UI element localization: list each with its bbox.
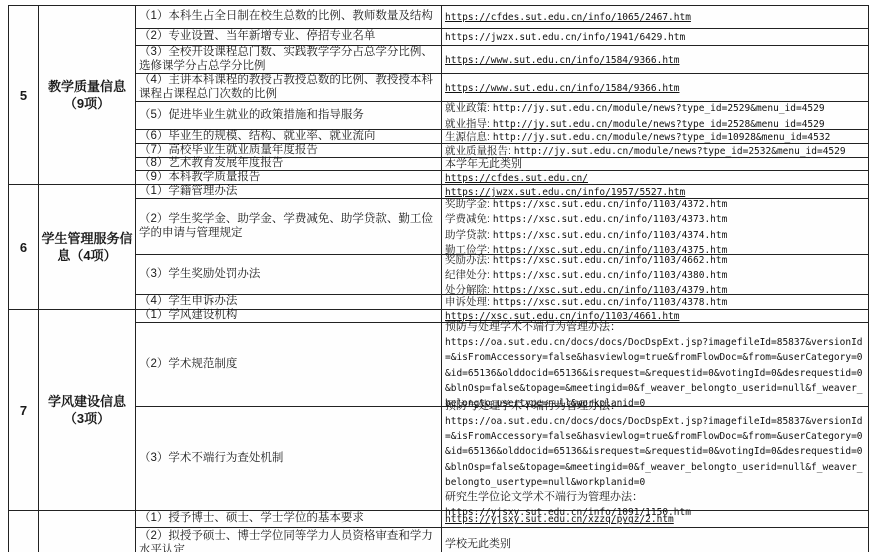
item-cell: （2）专业设置、当年新增专业、停招专业名单 bbox=[136, 29, 442, 45]
category-cell: 教学质量信息（9项） bbox=[39, 6, 136, 184]
section-row-group: 7学风建设信息（3项）（1）学风建设机构https://xsc.sut.edu.… bbox=[9, 310, 868, 511]
item-text: （1）本科生占全日制在校生总数的比例、教师数量及结构 bbox=[139, 10, 433, 24]
item-cell: （4）学生申诉办法 bbox=[136, 295, 442, 309]
url-link[interactable]: https://xsc.sut.edu.cn/info/1103/4380.ht… bbox=[493, 270, 728, 281]
url-label: 学费减免: bbox=[445, 213, 493, 225]
url-link[interactable]: https://xsc.sut.edu.cn/info/1103/4378.ht… bbox=[493, 297, 728, 308]
url-line: https://jwzx.sut.edu.cn/info/1941/6429.h… bbox=[445, 29, 866, 44]
item-cell: （5）促进毕业生就业的政策措施和指导服务 bbox=[136, 102, 442, 129]
plain-text: 预防与处理学术不端行为管理办法： bbox=[445, 321, 621, 333]
item-text: （7）高校毕业生就业质量年度报告 bbox=[139, 144, 318, 158]
section-rows: （1）学籍管理办法https://jwzx.sut.edu.cn/info/19… bbox=[136, 185, 868, 309]
url-line: https://yjsxy.sut.edu.cn/xzzq/pygz/2.htm bbox=[445, 511, 866, 526]
url-link[interactable]: https://www.sut.edu.cn/info/1584/9366.ht… bbox=[445, 55, 680, 66]
row-number-cell: 7 bbox=[9, 310, 39, 510]
url-cell: https://jwzx.sut.edu.cn/info/1941/6429.h… bbox=[442, 29, 868, 45]
url-link[interactable]: https://www.sut.edu.cn/info/1584/9366.ht… bbox=[445, 83, 680, 94]
url-label: 就业质量报告: bbox=[445, 145, 514, 157]
section-rows: （1）本科生占全日制在校生总数的比例、教师数量及结构https://cfdes.… bbox=[136, 6, 868, 184]
url-label: 申诉处理: bbox=[445, 296, 493, 308]
url-link[interactable]: http://jy.sut.edu.cn/module/news?type_id… bbox=[514, 146, 846, 157]
category-cell bbox=[39, 511, 136, 552]
url-cell: https://yjsxy.sut.edu.cn/xzzq/pygz/2.htm bbox=[442, 511, 868, 527]
url-line: 奖助学金: https://xsc.sut.edu.cn/info/1103/4… bbox=[445, 196, 866, 211]
item-text: （3）学术不端行为查处机制 bbox=[139, 452, 283, 466]
url-link[interactable]: https://jwzx.sut.edu.cn/info/1941/6429.h… bbox=[445, 32, 685, 43]
item-text: （1）学籍管理办法 bbox=[139, 185, 237, 199]
table-row: （2）学生奖学金、助学金、学费减免、助学贷款、勤工俭学的申请与管理规定奖助学金:… bbox=[136, 199, 868, 255]
item-cell: （3）学生奖励处罚办法 bbox=[136, 255, 442, 294]
url-line: 研究生学位论文学术不端行为管理办法： bbox=[445, 489, 866, 504]
url-link[interactable]: https://cfdes.sut.edu.cn/ bbox=[445, 173, 588, 184]
url-line: https://cfdes.sut.edu.cn/ bbox=[445, 170, 866, 185]
url-link[interactable]: https://xsc.sut.edu.cn/info/1103/4374.ht… bbox=[493, 230, 728, 241]
table-row: （9）本科教学质量报告https://cfdes.sut.edu.cn/ bbox=[136, 171, 868, 184]
table-row: （2）学术规范制度预防与处理学术不端行为管理办法：https://oa.sut.… bbox=[136, 323, 868, 407]
item-cell: （2）学术规范制度 bbox=[136, 323, 442, 406]
url-cell: 预防与处理学术不端行为管理办法：https://oa.sut.edu.cn/do… bbox=[442, 323, 868, 406]
table-row: （3）学术不端行为查处机制预防与处理学术不端行为管理办法：https://oa.… bbox=[136, 407, 868, 510]
table-row: （2）拟授予硕士、博士学位同等学力人员资格审查和学力水平认定学校无此类别 bbox=[136, 528, 868, 552]
item-cell: （4）主讲本科课程的教授占教授总数的比例、教授授本科课程占课程总门次数的比例 bbox=[136, 74, 442, 101]
url-line: 申诉处理: https://xsc.sut.edu.cn/info/1103/4… bbox=[445, 294, 866, 309]
url-link[interactable]: https://cfdes.sut.edu.cn/info/1065/2467.… bbox=[445, 12, 691, 23]
url-cell: 奖助学金: https://xsc.sut.edu.cn/info/1103/4… bbox=[442, 199, 868, 254]
section-row-group: （1）授予博士、硕士、学士学位的基本要求https://yjsxy.sut.ed… bbox=[9, 511, 868, 552]
document-table: 5教学质量信息（9项）（1）本科生占全日制在校生总数的比例、教师数量及结构htt… bbox=[8, 5, 869, 552]
table-row: （1）授予博士、硕士、学士学位的基本要求https://yjsxy.sut.ed… bbox=[136, 511, 868, 528]
row-number-cell bbox=[9, 511, 39, 552]
url-cell: 生源信息: http://jy.sut.edu.cn/module/news?t… bbox=[442, 130, 868, 143]
url-label: 助学贷款: bbox=[445, 229, 493, 241]
item-text: （9）本科教学质量报告 bbox=[139, 171, 260, 185]
row-number-cell: 5 bbox=[9, 6, 39, 184]
row-number-cell: 6 bbox=[9, 185, 39, 309]
item-text: （4）主讲本科课程的教授占教授总数的比例、教授授本科课程占课程总门次数的比例 bbox=[139, 74, 439, 101]
url-label: 奖励办法: bbox=[445, 254, 493, 266]
item-text: （2）专业设置、当年新增专业、停招专业名单 bbox=[139, 30, 375, 44]
plain-text: 本学年无此类别 bbox=[445, 158, 522, 170]
url-link[interactable]: http://jy.sut.edu.cn/module/news?type_id… bbox=[493, 103, 825, 114]
url-label: 就业政策: bbox=[445, 102, 493, 114]
item-text: （1）学风建设机构 bbox=[139, 309, 237, 323]
url-line: 学费减免: https://xsc.sut.edu.cn/info/1103/4… bbox=[445, 211, 866, 226]
url-cell: 学校无此类别 bbox=[442, 528, 868, 552]
table-row: （1）本科生占全日制在校生总数的比例、教师数量及结构https://cfdes.… bbox=[136, 6, 868, 29]
item-cell: （1）本科生占全日制在校生总数的比例、教师数量及结构 bbox=[136, 6, 442, 28]
item-text: （1）授予博士、硕士、学士学位的基本要求 bbox=[139, 512, 364, 526]
item-text: （5）促进毕业生就业的政策措施和指导服务 bbox=[139, 109, 364, 123]
url-line: https://cfdes.sut.edu.cn/info/1065/2467.… bbox=[445, 9, 866, 24]
item-cell: （6）毕业生的规模、结构、就业率、就业流向 bbox=[136, 130, 442, 143]
url-cell: 就业质量报告: http://jy.sut.edu.cn/module/news… bbox=[442, 144, 868, 157]
section-row-group: 6学生管理服务信息（4项）（1）学籍管理办法https://jwzx.sut.e… bbox=[9, 185, 868, 310]
url-cell: https://www.sut.edu.cn/info/1584/9366.ht… bbox=[442, 46, 868, 73]
url-line: 助学贷款: https://xsc.sut.edu.cn/info/1103/4… bbox=[445, 227, 866, 242]
item-cell: （3）学术不端行为查处机制 bbox=[136, 407, 442, 510]
url-line: https://oa.sut.edu.cn/docs/docs/DocDspEx… bbox=[445, 413, 866, 488]
url-line: 预防与处理学术不端行为管理办法： bbox=[445, 319, 866, 334]
url-cell: 本学年无此类别 bbox=[442, 158, 868, 170]
url-label: 纪律处分: bbox=[445, 269, 493, 281]
url-cell: https://cfdes.sut.edu.cn/ bbox=[442, 171, 868, 184]
url-line: 学校无此类别 bbox=[445, 536, 866, 551]
item-text: （3）全校开设课程总门数、实践教学学分占总学分比例、选修课学分占总学分比例 bbox=[139, 46, 439, 73]
item-cell: （9）本科教学质量报告 bbox=[136, 171, 442, 184]
item-text: （2）学生奖学金、助学金、学费减免、助学贷款、勤工俭学的申请与管理规定 bbox=[139, 213, 439, 240]
item-text: （2）拟授予硕士、博士学位同等学力人员资格审查和学力水平认定 bbox=[139, 530, 439, 552]
url-label: 奖助学金: bbox=[445, 198, 493, 210]
table-row: （5）促进毕业生就业的政策措施和指导服务就业政策: http://jy.sut.… bbox=[136, 102, 868, 130]
item-cell: （1）学风建设机构 bbox=[136, 310, 442, 322]
url-link[interactable]: https://oa.sut.edu.cn/docs/docs/DocDspEx… bbox=[445, 416, 863, 487]
url-line: 奖励办法: https://xsc.sut.edu.cn/info/1103/4… bbox=[445, 252, 866, 267]
section-rows: （1）学风建设机构https://xsc.sut.edu.cn/info/110… bbox=[136, 310, 868, 510]
url-link[interactable]: https://yjsxy.sut.edu.cn/xzzq/pygz/2.htm bbox=[445, 514, 674, 525]
item-cell: （3）全校开设课程总门数、实践教学学分占总学分比例、选修课学分占总学分比例 bbox=[136, 46, 442, 73]
url-line: https://www.sut.edu.cn/info/1584/9366.ht… bbox=[445, 52, 866, 67]
table-row: （3）学生奖励处罚办法奖励办法: https://xsc.sut.edu.cn/… bbox=[136, 255, 868, 295]
url-link[interactable]: https://xsc.sut.edu.cn/info/1103/4662.ht… bbox=[493, 255, 728, 266]
table-row: （6）毕业生的规模、结构、就业率、就业流向生源信息: http://jy.sut… bbox=[136, 130, 868, 144]
url-cell: 申诉处理: https://xsc.sut.edu.cn/info/1103/4… bbox=[442, 295, 868, 309]
category-cell: 学生管理服务信息（4项） bbox=[39, 185, 136, 309]
url-link[interactable]: https://xsc.sut.edu.cn/info/1103/4372.ht… bbox=[493, 199, 728, 210]
item-text: （8）艺术教育发展年度报告 bbox=[139, 157, 283, 171]
plain-text: 预防与处理学术不端行为管理办法： bbox=[445, 400, 621, 412]
item-text: （3）学生奖励处罚办法 bbox=[139, 268, 260, 282]
plain-text: 学校无此类别 bbox=[445, 538, 511, 550]
item-cell: （7）高校毕业生就业质量年度报告 bbox=[136, 144, 442, 157]
url-link[interactable]: http://jy.sut.edu.cn/module/news?type_id… bbox=[493, 119, 825, 130]
item-cell: （2）拟授予硕士、博士学位同等学力人员资格审查和学力水平认定 bbox=[136, 528, 442, 552]
url-cell: 预防与处理学术不端行为管理办法：https://oa.sut.edu.cn/do… bbox=[442, 407, 868, 510]
plain-text: 研究生学位论文学术不端行为管理办法： bbox=[445, 491, 643, 503]
url-label: 就业指导: bbox=[445, 118, 493, 130]
url-cell: https://cfdes.sut.edu.cn/info/1065/2467.… bbox=[442, 6, 868, 28]
url-label: 生源信息: bbox=[445, 131, 493, 143]
table-row: （3）全校开设课程总门数、实践教学学分占总学分比例、选修课学分占总学分比例htt… bbox=[136, 46, 868, 74]
section-row-group: 5教学质量信息（9项）（1）本科生占全日制在校生总数的比例、教师数量及结构htt… bbox=[9, 6, 868, 185]
item-cell: （8）艺术教育发展年度报告 bbox=[136, 158, 442, 170]
item-cell: （1）授予博士、硕士、学士学位的基本要求 bbox=[136, 511, 442, 527]
table-row: （4）学生申诉办法申诉处理: https://xsc.sut.edu.cn/in… bbox=[136, 295, 868, 309]
item-text: （4）学生申诉办法 bbox=[139, 295, 237, 309]
category-cell: 学风建设信息（3项） bbox=[39, 310, 136, 510]
url-cell: 奖励办法: https://xsc.sut.edu.cn/info/1103/4… bbox=[442, 255, 868, 294]
url-line: 就业政策: http://jy.sut.edu.cn/module/news?t… bbox=[445, 100, 866, 115]
item-cell: （1）学籍管理办法 bbox=[136, 185, 442, 198]
table-row: （2）专业设置、当年新增专业、停招专业名单https://jwzx.sut.ed… bbox=[136, 29, 868, 46]
url-line: 生源信息: http://jy.sut.edu.cn/module/news?t… bbox=[445, 129, 866, 144]
section-rows: （1）授予博士、硕士、学士学位的基本要求https://yjsxy.sut.ed… bbox=[136, 511, 868, 552]
item-text: （2）学术规范制度 bbox=[139, 358, 237, 372]
url-link[interactable]: http://jy.sut.edu.cn/module/news?type_id… bbox=[493, 132, 830, 143]
url-cell: 就业政策: http://jy.sut.edu.cn/module/news?t… bbox=[442, 102, 868, 129]
url-link[interactable]: https://xsc.sut.edu.cn/info/1103/4373.ht… bbox=[493, 214, 728, 225]
url-line: 纪律处分: https://xsc.sut.edu.cn/info/1103/4… bbox=[445, 267, 866, 282]
url-line: 预防与处理学术不端行为管理办法： bbox=[445, 398, 866, 413]
url-cell: https://www.sut.edu.cn/info/1584/9366.ht… bbox=[442, 74, 868, 101]
url-line: https://www.sut.edu.cn/info/1584/9366.ht… bbox=[445, 80, 866, 95]
item-cell: （2）学生奖学金、助学金、学费减免、助学贷款、勤工俭学的申请与管理规定 bbox=[136, 199, 442, 254]
table-row: （4）主讲本科课程的教授占教授总数的比例、教授授本科课程占课程总门次数的比例ht… bbox=[136, 74, 868, 102]
item-text: （6）毕业生的规模、结构、就业率、就业流向 bbox=[139, 130, 375, 144]
